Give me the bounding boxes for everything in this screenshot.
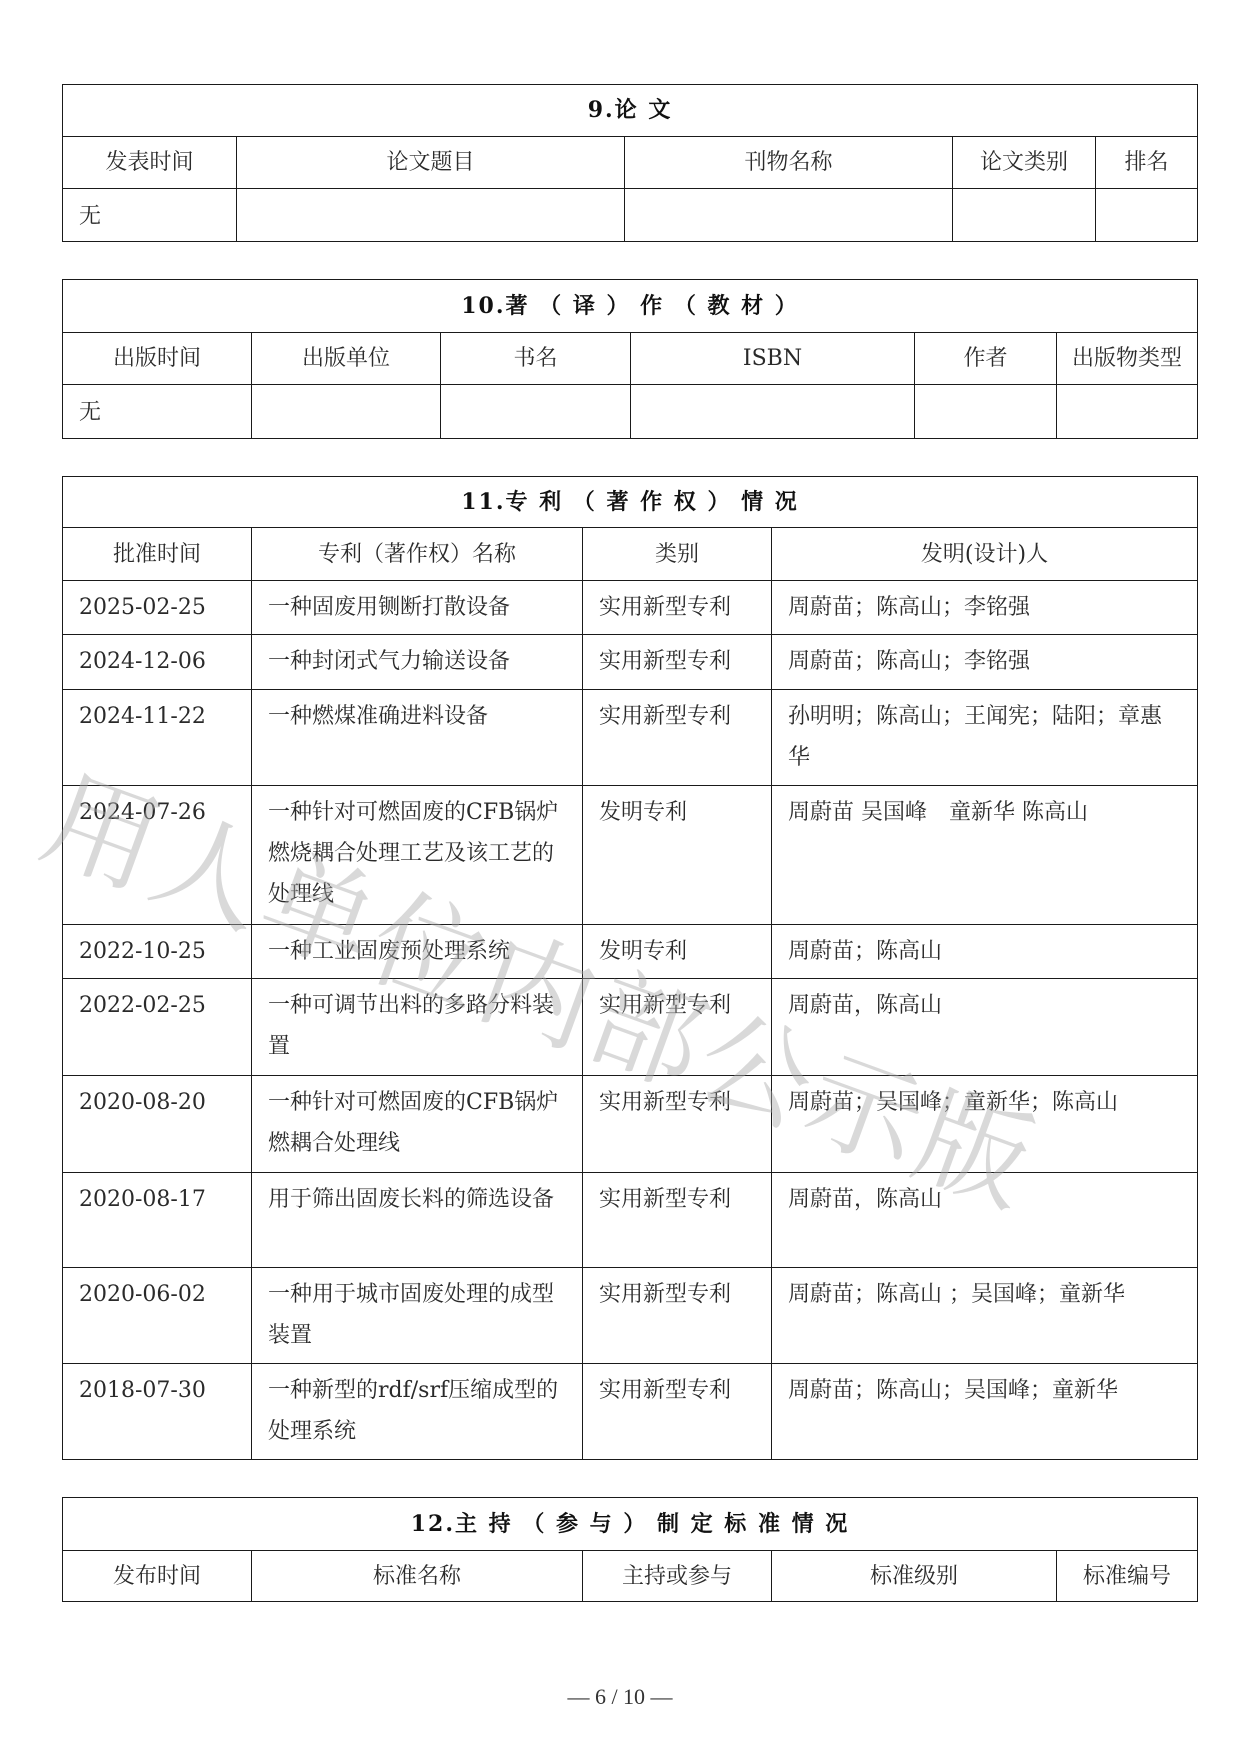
cell-inventors: 周蔚苗，陈高山 <box>772 979 1198 1076</box>
section-title: 11.专 利 （ 著 作 权 ） 情 况 <box>63 477 1198 528</box>
section-title: 10.著 （ 译 ） 作 （ 教 材 ） <box>63 280 1198 333</box>
cell-date: 2024-07-26 <box>63 786 252 925</box>
table-row: 2020-08-17 用于筛出固废长料的筛选设备 实用新型专利 周蔚苗，陈高山 <box>63 1173 1198 1268</box>
cell-date: 2024-11-22 <box>63 690 252 786</box>
table-row: 2025-02-25 一种固废用铡断打散设备 实用新型专利 周蔚苗；陈高山；李铭… <box>63 581 1198 635</box>
cell-inventors: 周蔚苗；陈高山；李铭强 <box>772 635 1198 690</box>
cell-name: 一种针对可燃固废的CFB锅炉燃烧耦合处理工艺及该工艺的处理线 <box>252 786 583 925</box>
cell <box>915 385 1057 439</box>
column-header: 发明(设计)人 <box>772 528 1198 581</box>
column-header: 刊物名称 <box>625 137 953 189</box>
cell-type: 实用新型专利 <box>583 979 772 1076</box>
column-header: 排名 <box>1096 137 1198 189</box>
cell-date: 2018-07-30 <box>63 1364 252 1460</box>
cell-name: 一种用于城市固废处理的成型装置 <box>252 1268 583 1364</box>
table-row: 无 <box>63 189 1198 242</box>
cell-type: 发明专利 <box>583 786 772 925</box>
cell <box>1096 189 1198 242</box>
cell-type: 实用新型专利 <box>583 1173 772 1268</box>
cell-inventors: 周蔚苗；吴国峰；童新华；陈高山 <box>772 1076 1198 1173</box>
column-header: 发表时间 <box>63 137 237 189</box>
table-row: 2020-06-02 一种用于城市固废处理的成型装置 实用新型专利 周蔚苗；陈高… <box>63 1268 1198 1364</box>
column-header: 论文题目 <box>237 137 625 189</box>
table-row: 无 <box>63 385 1198 439</box>
table-row: 2020-08-20 一种针对可燃固废的CFB锅炉燃耦合处理线 实用新型专利 周… <box>63 1076 1198 1173</box>
cell <box>237 189 625 242</box>
section-title: 9.论 文 <box>63 85 1198 137</box>
cell-name: 一种可调节出料的多路分料装置 <box>252 979 583 1076</box>
cell: 无 <box>63 385 252 439</box>
cell-type: 实用新型专利 <box>583 1076 772 1173</box>
column-header: 标准名称 <box>252 1551 583 1602</box>
column-header: 主持或参与 <box>583 1551 772 1602</box>
cell-inventors: 孙明明；陈高山；王闻宪；陆阳；章惠华 <box>772 690 1198 786</box>
column-header: 标准级别 <box>772 1551 1057 1602</box>
column-header: 批准时间 <box>63 528 252 581</box>
cell-name: 一种固废用铡断打散设备 <box>252 581 583 635</box>
column-header: 类别 <box>583 528 772 581</box>
column-header: 标准编号 <box>1057 1551 1198 1602</box>
cell <box>1057 385 1198 439</box>
cell <box>252 385 441 439</box>
standards-table: 12.主 持 （ 参 与 ） 制 定 标 准 情 况 发布时间 标准名称 主持或… <box>62 1497 1198 1602</box>
column-header: 出版物类型 <box>1057 333 1198 385</box>
cell <box>441 385 631 439</box>
cell-type: 发明专利 <box>583 925 772 979</box>
column-header: 专利（著作权）名称 <box>252 528 583 581</box>
cell-name: 一种新型的rdf/srf压缩成型的处理系统 <box>252 1364 583 1460</box>
table-row: 2024-12-06 一种封闭式气力输送设备 实用新型专利 周蔚苗；陈高山；李铭… <box>63 635 1198 690</box>
cell-type: 实用新型专利 <box>583 690 772 786</box>
section-title: 12.主 持 （ 参 与 ） 制 定 标 准 情 况 <box>63 1498 1198 1551</box>
cell-date: 2020-08-20 <box>63 1076 252 1173</box>
patents-table: 11.专 利 （ 著 作 权 ） 情 况 批准时间 专利（著作权）名称 类别 发… <box>62 476 1198 1460</box>
cell-date: 2025-02-25 <box>63 581 252 635</box>
table-row: 2018-07-30 一种新型的rdf/srf压缩成型的处理系统 实用新型专利 … <box>63 1364 1198 1460</box>
cell-name: 一种封闭式气力输送设备 <box>252 635 583 690</box>
cell-type: 实用新型专利 <box>583 1268 772 1364</box>
cell <box>625 189 953 242</box>
column-header: 出版时间 <box>63 333 252 385</box>
papers-table: 9.论 文 发表时间 论文题目 刊物名称 论文类别 排名 无 <box>62 84 1198 242</box>
column-header: 出版单位 <box>252 333 441 385</box>
cell-name: 一种燃煤准确进料设备 <box>252 690 583 786</box>
table-row: 2024-11-22 一种燃煤准确进料设备 实用新型专利 孙明明；陈高山；王闻宪… <box>63 690 1198 786</box>
column-header: 书名 <box>441 333 631 385</box>
column-header: 论文类别 <box>953 137 1096 189</box>
cell-inventors: 周蔚苗；陈高山；吴国峰；童新华 <box>772 1364 1198 1460</box>
table-row: 2022-10-25 一种工业固废预处理系统 发明专利 周蔚苗；陈高山 <box>63 925 1198 979</box>
cell-name: 一种工业固废预处理系统 <box>252 925 583 979</box>
cell-date: 2022-10-25 <box>63 925 252 979</box>
cell-date: 2022-02-25 <box>63 979 252 1076</box>
books-table: 10.著 （ 译 ） 作 （ 教 材 ） 出版时间 出版单位 书名 ISBN 作… <box>62 279 1198 439</box>
table-row: 2022-02-25 一种可调节出料的多路分料装置 实用新型专利 周蔚苗，陈高山 <box>63 979 1198 1076</box>
cell-date: 2024-12-06 <box>63 635 252 690</box>
cell-name: 一种针对可燃固废的CFB锅炉燃耦合处理线 <box>252 1076 583 1173</box>
cell-inventors: 周蔚苗；陈高山 ；吴国峰；童新华 <box>772 1268 1198 1364</box>
cell <box>631 385 915 439</box>
cell-name: 用于筛出固废长料的筛选设备 <box>252 1173 583 1268</box>
cell <box>953 189 1096 242</box>
cell-date: 2020-06-02 <box>63 1268 252 1364</box>
table-row: 2024-07-26 一种针对可燃固废的CFB锅炉燃烧耦合处理工艺及该工艺的处理… <box>63 786 1198 925</box>
column-header: 作者 <box>915 333 1057 385</box>
column-header: 发布时间 <box>63 1551 252 1602</box>
cell-date: 2020-08-17 <box>63 1173 252 1268</box>
cell: 无 <box>63 189 237 242</box>
cell-type: 实用新型专利 <box>583 635 772 690</box>
page-number: — 6 / 10 — <box>0 1684 1240 1710</box>
cell-inventors: 周蔚苗，陈高山 <box>772 1173 1198 1268</box>
cell-type: 实用新型专利 <box>583 581 772 635</box>
cell-inventors: 周蔚苗；陈高山；李铭强 <box>772 581 1198 635</box>
cell-type: 实用新型专利 <box>583 1364 772 1460</box>
cell-inventors: 周蔚苗；陈高山 <box>772 925 1198 979</box>
cell-inventors: 周蔚苗 吴国峰 童新华 陈高山 <box>772 786 1198 925</box>
column-header: ISBN <box>631 333 915 385</box>
